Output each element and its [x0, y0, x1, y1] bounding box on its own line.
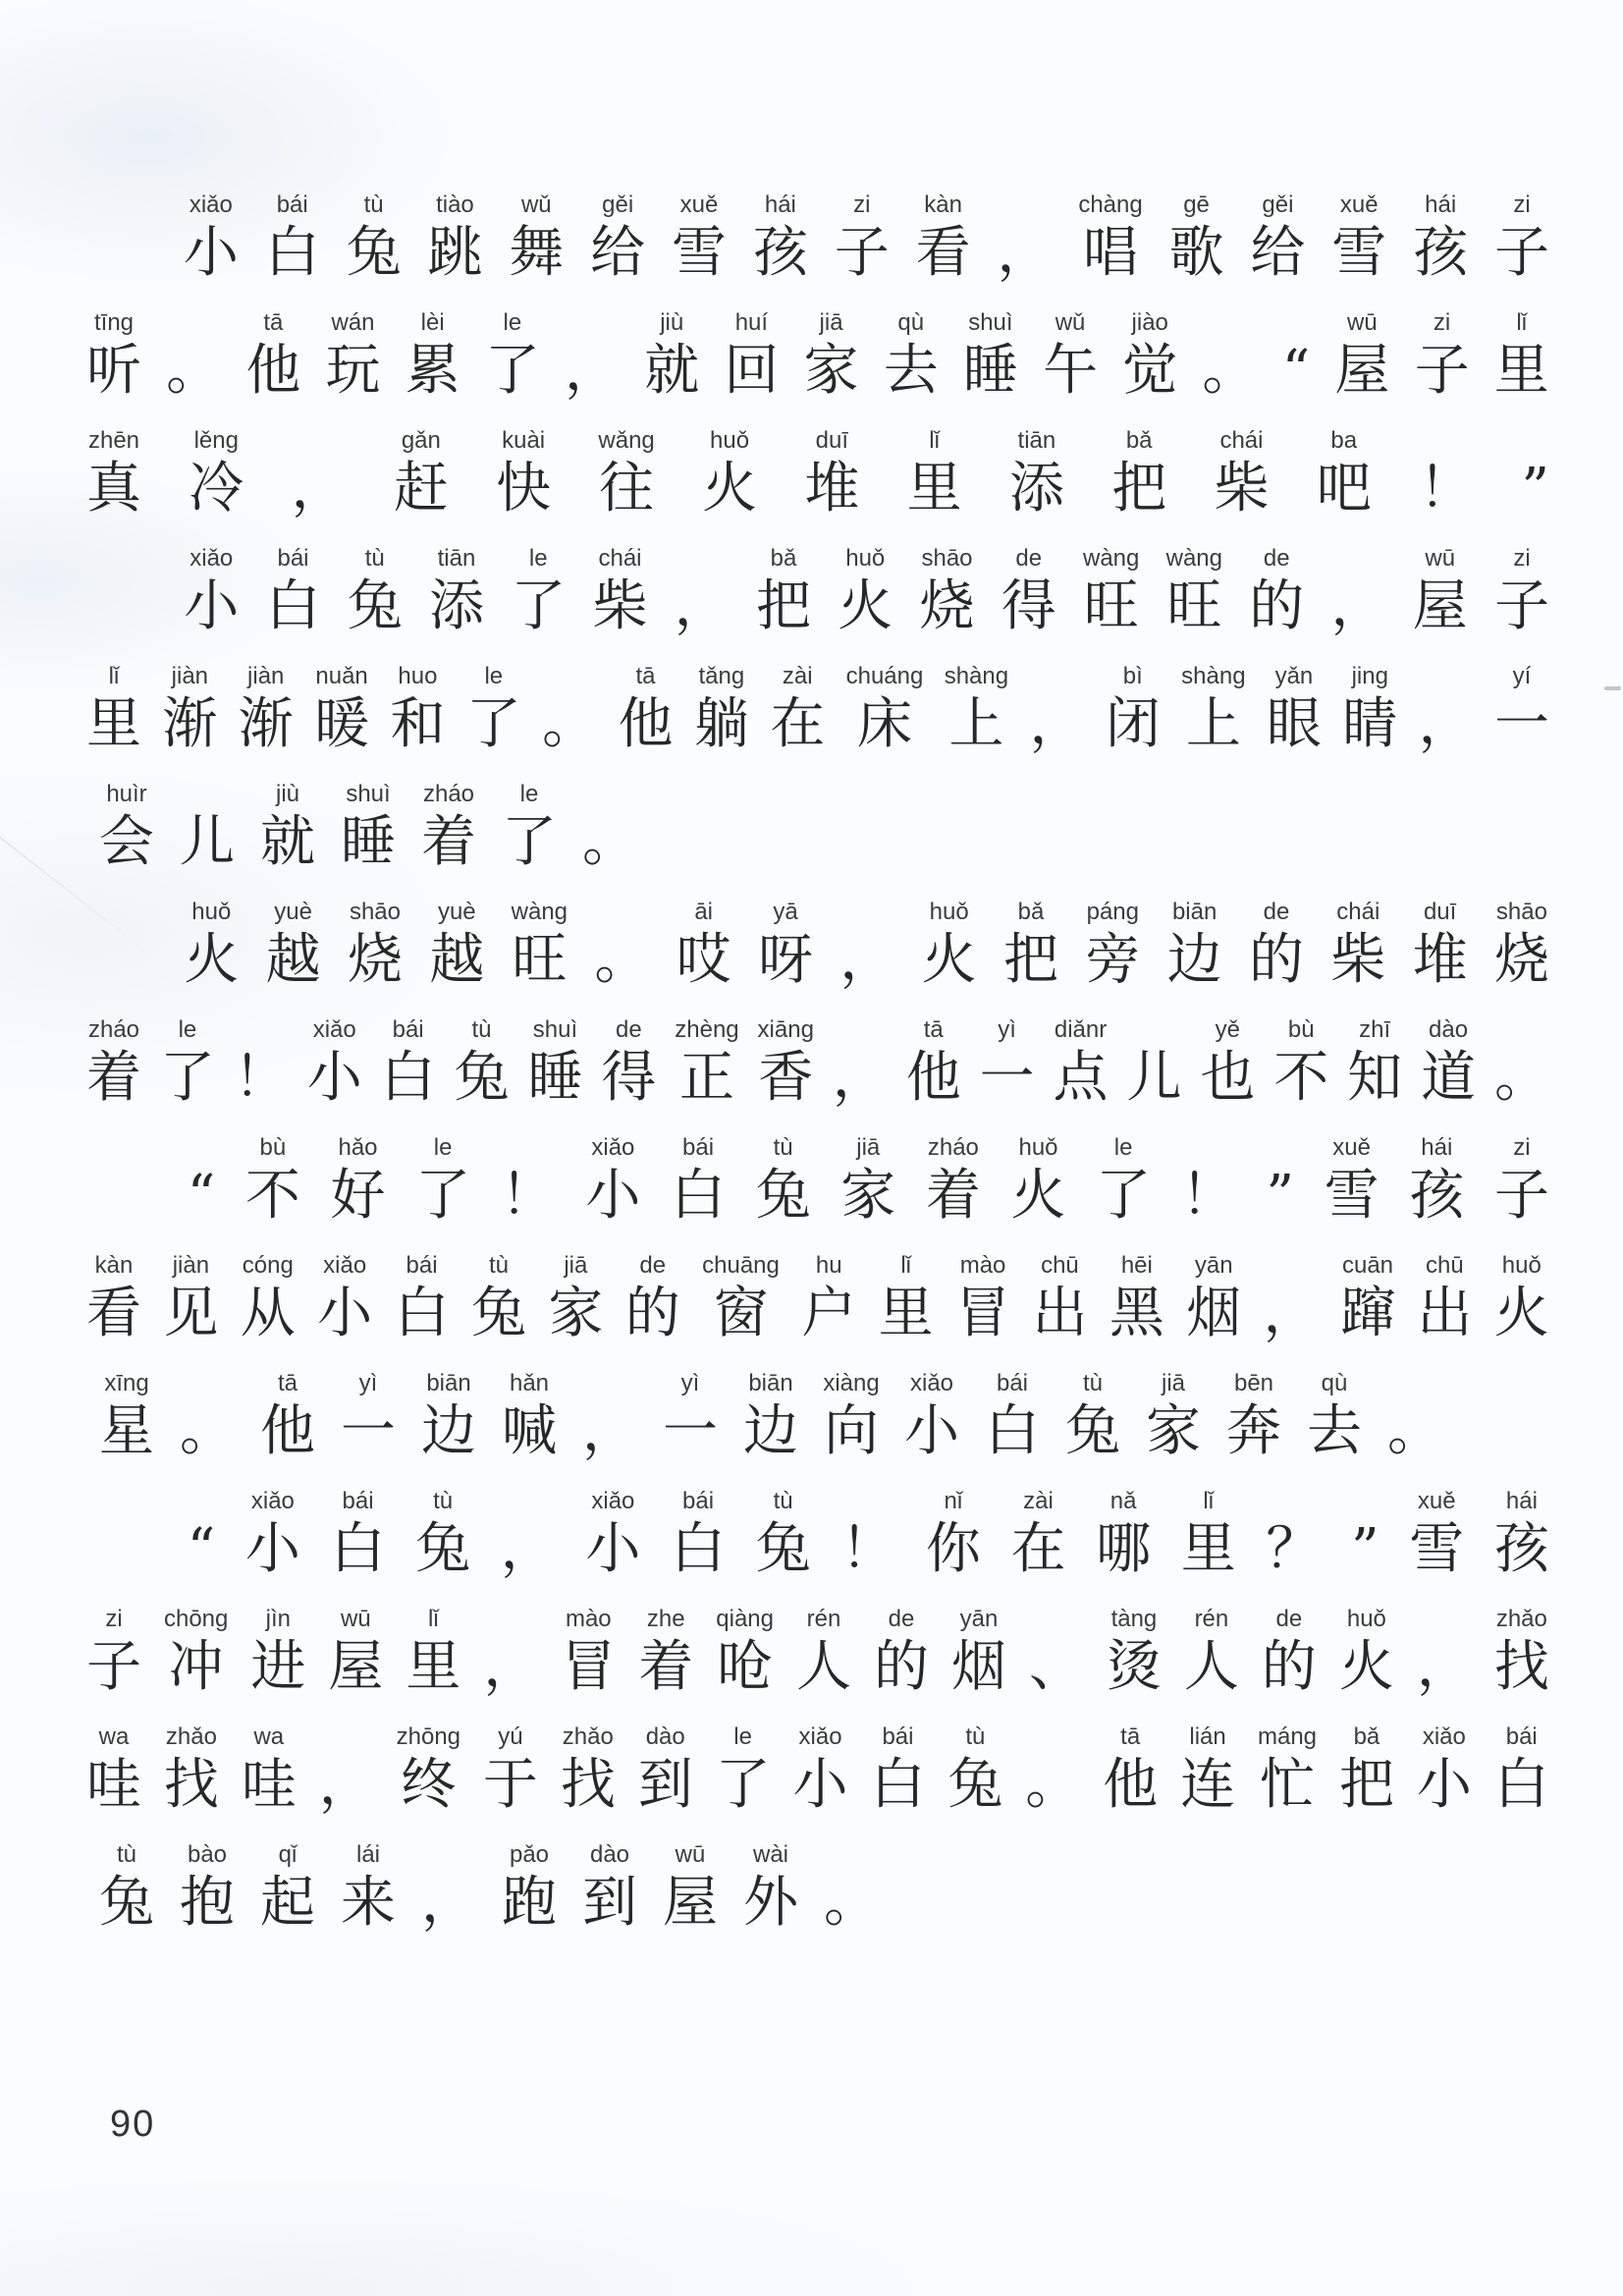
hanzi-character: 白	[985, 1400, 1040, 1463]
char-cell: zài在	[1011, 1485, 1066, 1581]
hanzi-character: 旺	[1084, 575, 1139, 638]
pinyin-label: biān	[426, 1367, 470, 1400]
hanzi-character: 屋	[1334, 340, 1389, 403]
char-cell: ！	[1181, 1131, 1236, 1228]
char-cell: ，	[408, 1838, 489, 1935]
hanzi-character: 孩	[1494, 1518, 1549, 1581]
pinyin-label: tù	[965, 1721, 985, 1754]
pinyin-label: yě	[1216, 1013, 1240, 1047]
char-cell: bái白	[266, 542, 321, 638]
pinyin-label: tā	[278, 1367, 298, 1400]
char-cell: diǎnr点	[1054, 1013, 1109, 1110]
char-cell: zi子	[1494, 1131, 1549, 1228]
char-cell: shàng上	[1181, 660, 1245, 756]
char-cell: chōng冲	[164, 1603, 228, 1699]
hanzi-character: 一	[980, 1047, 1035, 1110]
pinyin-label: wū	[341, 1603, 371, 1636]
char-cell: tā他	[619, 660, 674, 756]
hanzi-character: 小	[585, 1518, 640, 1581]
pinyin-label: duī	[816, 424, 848, 458]
pinyin-label: de	[1276, 1603, 1303, 1636]
char-cell: lěng冷	[189, 424, 243, 520]
text-line: huìr会儿jiù就shuì睡zháo着le了。	[86, 778, 1549, 874]
char-cell: shuì睡	[527, 1013, 582, 1110]
char-cell: yě也	[1200, 1013, 1255, 1110]
hanzi-character: 吧	[1317, 458, 1372, 520]
pinyin-label: nǎ	[1110, 1485, 1137, 1518]
hanzi-character: 越	[266, 929, 321, 992]
pinyin-label: wàng	[512, 896, 568, 929]
hanzi-character: 冒	[561, 1636, 616, 1699]
char-cell: chū出	[1417, 1249, 1472, 1345]
char-cell: bù不	[245, 1131, 300, 1228]
hanzi-character: 越	[429, 929, 484, 992]
char-cell: 。	[542, 660, 597, 756]
char-cell: bái白	[1494, 1721, 1549, 1817]
hanzi-character: 哇	[86, 1754, 141, 1817]
hanzi-character: 得	[601, 1047, 656, 1110]
pinyin-label: hǎo	[338, 1131, 377, 1165]
text-line: zhēn真lěng冷，gǎn赶kuài快wǎng往huǒ火duī堆lǐ里tiān…	[86, 424, 1549, 520]
hanzi-character: 蹿	[1340, 1283, 1395, 1345]
hanzi-character: 里	[907, 458, 962, 520]
hanzi-character: 哎	[676, 929, 731, 992]
char-cell: mào冒	[955, 1249, 1010, 1345]
char-cell: xuě雪	[672, 189, 727, 285]
pinyin-label: jiào	[1132, 306, 1168, 340]
char-cell: zi子	[1494, 189, 1549, 285]
pinyin-label: wàng	[1083, 542, 1139, 575]
char-cell: jiù就	[644, 306, 699, 403]
pinyin-label: lèi	[421, 306, 445, 340]
hanzi-character: ，	[839, 929, 894, 992]
char-cell: ”	[1521, 424, 1549, 520]
hanzi-character: ，	[501, 1518, 556, 1581]
hanzi-character: 窗	[714, 1283, 769, 1345]
char-cell: kàn看	[86, 1249, 141, 1345]
char-cell: xiǎo小	[245, 1485, 300, 1581]
char-cell: gěi给	[590, 189, 645, 285]
char-cell: ？	[1266, 1485, 1321, 1581]
hanzi-character: 来	[341, 1872, 396, 1935]
char-cell: dào到	[569, 1838, 650, 1935]
pinyin-label: zhǎo	[166, 1721, 217, 1754]
hanzi-character: 他	[245, 340, 300, 403]
char-cell: ，	[1419, 660, 1474, 756]
char-cell: páng旁	[1085, 896, 1140, 992]
hanzi-character: 出	[1417, 1283, 1472, 1345]
pinyin-label: jiàn	[173, 1249, 209, 1283]
char-cell: ，	[569, 1367, 650, 1463]
hanzi-character: 的	[1262, 1636, 1317, 1699]
char-cell: hǎn喊	[489, 1367, 569, 1463]
hanzi-character: 歌	[1169, 222, 1224, 285]
pinyin-label: pǎo	[510, 1838, 549, 1872]
pinyin-label: xuě	[1418, 1485, 1456, 1518]
hanzi-character: 白	[395, 1283, 450, 1345]
pinyin-label: lǐ	[428, 1603, 439, 1636]
pinyin-label: qù	[897, 306, 924, 340]
hanzi-character: 了	[511, 575, 566, 638]
hanzi-character: 堆	[1413, 929, 1468, 992]
hanzi-character: 给	[590, 222, 645, 285]
pinyin-label: de	[889, 1603, 915, 1636]
char-cell: bái白	[870, 1721, 925, 1817]
hanzi-character: 觉	[1122, 340, 1177, 403]
char-cell: shàng上	[945, 660, 1008, 756]
char-cell: zháo着	[926, 1131, 981, 1228]
hanzi-character: 去	[884, 340, 939, 403]
hanzi-character: 了	[160, 1047, 215, 1110]
pinyin-label: gē	[1183, 189, 1210, 222]
pinyin-label: hái	[1425, 189, 1456, 222]
pinyin-label: hu	[816, 1249, 842, 1283]
pinyin-label: xiāng	[758, 1013, 814, 1047]
hanzi-character: 。	[542, 693, 597, 756]
char-cell: zhe着	[638, 1603, 693, 1699]
char-cell: ，	[839, 896, 894, 992]
char-cell: gěi给	[1250, 189, 1305, 285]
hanzi-character: 烧	[920, 575, 975, 638]
hanzi-character: 就	[260, 811, 315, 874]
char-cell: nǐ你	[926, 1485, 981, 1581]
hanzi-character: 子	[1415, 340, 1470, 403]
pinyin-label: xiàng	[823, 1367, 879, 1400]
char-cell: gǎn赶	[394, 424, 449, 520]
hanzi-character: 他	[260, 1400, 315, 1463]
pinyin-label: zhe	[647, 1603, 685, 1636]
pinyin-label: bái	[882, 1721, 913, 1754]
char-cell: yú于	[483, 1721, 538, 1817]
hanzi-character: 找	[561, 1754, 616, 1817]
char-cell: jiào觉	[1122, 306, 1177, 403]
pinyin-label: diǎnr	[1055, 1013, 1107, 1047]
pinyin-label: qǐ	[279, 1838, 298, 1872]
pinyin-label: jiù	[276, 778, 299, 811]
hanzi-character: 添	[429, 575, 484, 638]
pinyin-label: hái	[1506, 1485, 1538, 1518]
hanzi-character: ”	[1266, 1165, 1294, 1228]
pinyin-label: xuě	[1332, 1131, 1371, 1165]
char-cell: “	[188, 1485, 216, 1581]
pinyin-label: zhēn	[88, 424, 139, 458]
char-cell: le了	[489, 778, 569, 874]
pinyin-label: nuǎn	[315, 660, 367, 693]
pinyin-label: zi	[1513, 1131, 1530, 1165]
hanzi-character: 的	[625, 1283, 680, 1345]
hanzi-character: 奔	[1226, 1400, 1281, 1463]
pinyin-label: yā	[773, 896, 797, 929]
pinyin-label: chàng	[1078, 189, 1142, 222]
pinyin-label: huǒ	[1347, 1603, 1386, 1636]
char-cell: wàng旺	[512, 896, 568, 992]
hanzi-character: 家	[840, 1165, 895, 1228]
char-cell: bái白	[671, 1131, 726, 1228]
pinyin-label: duī	[1424, 896, 1456, 929]
hanzi-character: 火	[838, 575, 893, 638]
pinyin-label: shāo	[350, 896, 401, 929]
hanzi-character: 小	[184, 222, 239, 285]
hanzi-character: 火	[184, 929, 239, 992]
hanzi-character: 儿	[1126, 1047, 1181, 1110]
pinyin-label: āi	[694, 896, 713, 929]
pinyin-label: jiā	[564, 1249, 587, 1283]
pinyin-label: yuè	[438, 896, 476, 929]
char-cell: tīng听	[86, 306, 141, 403]
hanzi-character: 好	[331, 1165, 386, 1228]
pinyin-label: tù	[774, 1131, 793, 1165]
pinyin-label: chū	[1426, 1249, 1464, 1283]
hanzi-character: 于	[483, 1754, 538, 1817]
char-cell: bǎ把	[1111, 424, 1166, 520]
pinyin-label: jìn	[266, 1603, 291, 1636]
pinyin-label: kuài	[502, 424, 545, 458]
hanzi-character: 着	[926, 1165, 981, 1228]
pinyin-label: zhǎo	[1496, 1603, 1547, 1636]
pinyin-label: yuè	[274, 896, 312, 929]
hanzi-character: 冷	[189, 458, 243, 520]
pinyin-label: bēn	[1234, 1367, 1273, 1400]
hanzi-character: 了	[466, 693, 521, 756]
char-cell: hái孩	[753, 189, 808, 285]
char-cell: ，	[483, 1603, 538, 1699]
char-cell: 。	[594, 896, 649, 992]
char-cell: āi哎	[676, 896, 731, 992]
hanzi-character: 。	[1025, 1754, 1080, 1817]
char-cell: chái柴	[1214, 424, 1269, 520]
pinyin-label: tā	[263, 306, 283, 340]
hanzi-character: 。	[180, 1400, 235, 1463]
char-cell: rén人	[1184, 1603, 1239, 1699]
pinyin-label: yān	[1195, 1249, 1233, 1283]
pinyin-label: zi	[105, 1603, 122, 1636]
pinyin-label: xiǎo	[251, 1485, 295, 1518]
pinyin-label: chuāng	[702, 1249, 780, 1283]
char-cell: ”	[1266, 1131, 1294, 1228]
text-line: zháo着le了！xiǎo小bái白tù兔shuì睡de得zhèng正xiāng…	[86, 1013, 1549, 1110]
pinyin-label: tǎng	[699, 660, 745, 693]
pinyin-label: wa	[99, 1721, 130, 1754]
pinyin-label: xiǎo	[313, 1013, 356, 1047]
hanzi-character: 烟	[1186, 1283, 1241, 1345]
hanzi-character: ，	[1029, 693, 1084, 756]
char-cell: rén人	[796, 1603, 851, 1699]
char-cell: lǐ里	[1181, 1485, 1236, 1581]
hanzi-character: 了	[1096, 1165, 1151, 1228]
char-cell: yān烟	[951, 1603, 1006, 1699]
char-cell: shāo烧	[1494, 896, 1549, 992]
char-cell: yǎn眼	[1267, 660, 1322, 756]
pinyin-label: jiàn	[247, 660, 284, 693]
hanzi-character: 连	[1180, 1754, 1235, 1817]
char-cell: tù兔	[471, 1249, 526, 1345]
pinyin-label: huǒ	[1502, 1249, 1542, 1283]
char-cell: wǎng往	[598, 424, 654, 520]
char-cell: tù兔	[86, 1838, 167, 1935]
hanzi-character: 到	[582, 1872, 637, 1935]
char-cell: xiǎo小	[184, 189, 239, 285]
pinyin-label: zháo	[88, 1013, 139, 1047]
pinyin-label: cuān	[1342, 1249, 1393, 1283]
pinyin-label: shàng	[945, 660, 1008, 693]
hanzi-character: 雪	[1325, 1165, 1380, 1228]
char-cell: 。	[1494, 1013, 1549, 1110]
hanzi-character: 上	[948, 693, 1003, 756]
char-cell: bái白	[265, 189, 320, 285]
hanzi-character: 了	[716, 1754, 771, 1817]
char-cell: xuě雪	[1409, 1485, 1464, 1581]
pinyin-label: cóng	[243, 1249, 294, 1283]
text-line: zi子chōng冲jìn进wū屋lǐ里，mào冒zhe着qiàng呛rén人de…	[86, 1603, 1549, 1699]
pinyin-label: huo	[398, 660, 437, 693]
pinyin-label: jiù	[660, 306, 683, 340]
char-cell: yuè越	[266, 896, 321, 992]
char-cell: le了	[1096, 1131, 1151, 1228]
hanzi-character: 终	[401, 1754, 456, 1817]
hanzi-character: 会	[99, 811, 154, 874]
char-cell: wū屋	[1334, 306, 1389, 403]
pinyin-label: lái	[356, 1838, 380, 1872]
hanzi-character: 知	[1347, 1047, 1402, 1110]
char-cell: jiā家	[1133, 1367, 1214, 1463]
char-cell: qù去	[1294, 1367, 1375, 1463]
hanzi-character: 火	[1011, 1165, 1066, 1228]
pinyin-label: shàng	[1181, 660, 1245, 693]
pinyin-label: le	[529, 542, 548, 575]
hanzi-character: 一	[663, 1400, 718, 1463]
hanzi-character: 人	[796, 1636, 851, 1699]
hanzi-character: 白	[331, 1518, 386, 1581]
hanzi-character: 了	[485, 340, 540, 403]
hanzi-character: 旺	[512, 929, 567, 992]
pinyin-label: lǐ	[109, 660, 120, 693]
char-cell: ba吧	[1317, 424, 1372, 520]
pinyin-label: bù	[260, 1131, 287, 1165]
pinyin-label: gěi	[602, 189, 633, 222]
hanzi-character: 渐	[162, 693, 217, 756]
char-cell: tù兔	[415, 1485, 470, 1581]
char-cell: zháo着	[408, 778, 489, 874]
text-line: lǐ里jiàn渐jiàn渐nuǎn暖huo和le了。tā他tǎng躺zài在ch…	[86, 660, 1549, 756]
pinyin-label: zi	[1513, 542, 1530, 575]
hanzi-character: 起	[260, 1872, 315, 1935]
hanzi-character: 孩	[1413, 222, 1468, 285]
hanzi-character: 不	[1273, 1047, 1328, 1110]
pinyin-label: huí	[735, 306, 768, 340]
char-cell: ，	[833, 1013, 888, 1110]
pinyin-label: wǔ	[1055, 306, 1086, 340]
char-cell: xiǎo小	[892, 1367, 972, 1463]
char-cell: dào道	[1421, 1013, 1476, 1110]
hanzi-character: ，	[292, 458, 347, 520]
hanzi-character: 进	[250, 1636, 305, 1699]
hanzi-character: 兔	[756, 1165, 811, 1228]
hanzi-character: 人	[1184, 1636, 1239, 1699]
char-cell: bǎ把	[1339, 1721, 1394, 1817]
hanzi-character: ！	[1419, 458, 1474, 520]
hanzi-character: 快	[496, 458, 551, 520]
pinyin-label: shuì	[533, 1013, 577, 1047]
hanzi-character: 哇	[242, 1754, 297, 1817]
hanzi-character: 睛	[1342, 693, 1397, 756]
char-cell: biān边	[730, 1367, 811, 1463]
hanzi-character: 里	[879, 1283, 934, 1345]
pinyin-label: gěi	[1262, 189, 1293, 222]
hanzi-character: 了	[502, 811, 557, 874]
char-cell: chuáng床	[846, 660, 924, 756]
char-cell: wū屋	[1413, 542, 1468, 638]
hanzi-character: 烧	[1494, 929, 1549, 992]
char-cell: huo和	[390, 660, 445, 756]
pinyin-label: jing	[1352, 660, 1388, 693]
char-cell: ，	[292, 424, 347, 520]
pinyin-label: tiān	[1018, 424, 1056, 458]
char-cell: bēn奔	[1214, 1367, 1294, 1463]
char-cell: chuāng窗	[702, 1249, 780, 1345]
char-cell: wàng旺	[1083, 542, 1139, 638]
char-cell: de的	[1249, 896, 1304, 992]
char-cell: lián连	[1180, 1721, 1235, 1817]
char-cell: yā呀	[758, 896, 813, 992]
hanzi-character: 呀	[758, 929, 813, 992]
text-line: xiǎo小bái白tù兔tiào跳wǔ舞gěi给xuě雪hái孩zi子kàn看，…	[86, 189, 1549, 285]
pinyin-label: tù	[117, 1838, 136, 1872]
pinyin-label: shāo	[1496, 896, 1547, 929]
pinyin-label: bái	[393, 1013, 424, 1047]
hanzi-character: 白	[1494, 1754, 1549, 1817]
hanzi-character: 堆	[804, 458, 859, 520]
pinyin-label: tiān	[438, 542, 476, 575]
pinyin-label: lǐ	[1203, 1485, 1214, 1518]
char-cell: kuài快	[496, 424, 551, 520]
pinyin-label: bái	[1506, 1721, 1538, 1754]
hanzi-character: ，	[1331, 575, 1386, 638]
text-line: xiǎo小bái白tù兔tiān添le了chái柴，bǎ把huǒ火shāo烧de…	[86, 542, 1549, 638]
char-cell: bái白	[972, 1367, 1053, 1463]
pinyin-label: hái	[1421, 1131, 1452, 1165]
pinyin-label: tīng	[94, 306, 134, 340]
hanzi-character: 哪	[1096, 1518, 1151, 1581]
text-line: “bù不hǎo好le了！xiǎo小bái白tù兔jiā家zháo着huǒ火le了…	[86, 1131, 1549, 1228]
pinyin-label: bǎ	[1126, 424, 1153, 458]
hanzi-character: 抱	[180, 1872, 235, 1935]
pinyin-label: xuě	[680, 189, 719, 222]
hanzi-character: 白	[266, 575, 321, 638]
pinyin-label: wǎng	[598, 424, 654, 458]
pinyin-label: zháo	[928, 1131, 979, 1165]
hanzi-character: 呛	[718, 1636, 773, 1699]
char-cell: tù兔	[455, 1013, 510, 1110]
pinyin-label: wa	[253, 1721, 284, 1754]
pinyin-label: bái	[997, 1367, 1028, 1400]
hanzi-character: 着	[86, 1047, 141, 1110]
pinyin-label: huǒ	[930, 896, 969, 929]
char-cell: lǐ里	[1494, 306, 1549, 403]
char-cell: zhōng终	[397, 1721, 460, 1817]
pinyin-label: nǐ	[945, 1485, 963, 1518]
hanzi-character: 的	[874, 1636, 929, 1699]
pinyin-label: chái	[1219, 424, 1263, 458]
char-cell: jiā家	[804, 306, 859, 403]
hanzi-character: 雪	[1409, 1518, 1464, 1581]
char-cell: duī堆	[804, 424, 859, 520]
hanzi-character: 看	[86, 1283, 141, 1345]
hanzi-character: 上	[1186, 693, 1241, 756]
hanzi-character: 赶	[394, 458, 449, 520]
char-cell: qǐ起	[247, 1838, 328, 1935]
char-cell: lái来	[328, 1838, 408, 1935]
hanzi-character: 里	[1181, 1518, 1236, 1581]
